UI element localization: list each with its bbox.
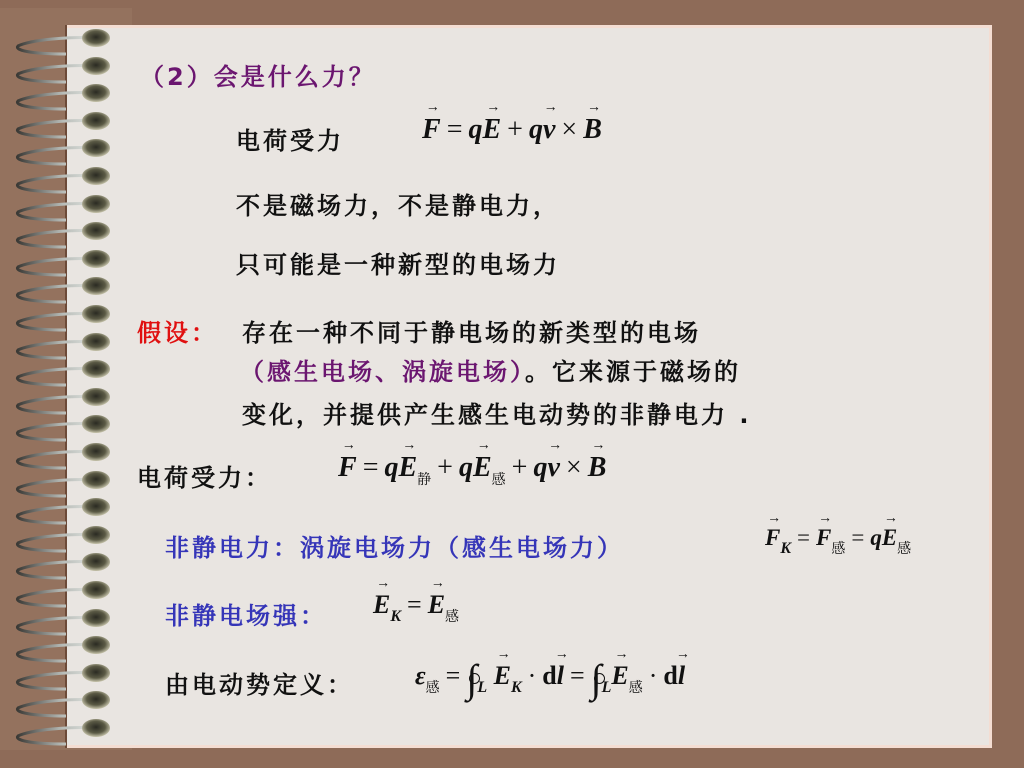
- hypothesis-label: 假设：: [137, 313, 218, 348]
- new-type-text: 只可能是一种新型的电场力: [236, 245, 560, 280]
- emf-formula: ε感=∫L EK·dl=∫LE感·dl: [415, 655, 685, 702]
- velocity-vector: v: [543, 114, 555, 146]
- magnetic-field-vector: B: [583, 114, 602, 146]
- nonstatic-field-label: 非静电场强：: [165, 596, 327, 631]
- spiral-binding-icon: [0, 0, 120, 768]
- induced-field-names: （感生电场、涡旋电场）: [240, 358, 525, 386]
- total-force-label: 电荷受力：: [137, 458, 272, 493]
- not-magnetic-text: 不是磁场力，不是静电力，: [236, 186, 560, 221]
- force-label: 电荷受力: [236, 121, 344, 156]
- epsilon-symbol: ε: [415, 661, 426, 690]
- nonstatic-force-formula: FK=F感=qE感: [765, 525, 911, 558]
- force-vector: F: [422, 114, 441, 146]
- nonstatic-field-formula: EK=E感: [373, 590, 459, 626]
- nonstatic-force-label: 非静电力：涡旋电场力（感生电场力）: [165, 528, 624, 563]
- electric-field-vector: E: [482, 114, 501, 146]
- slide-heading: （2）会是什么力？: [140, 57, 376, 92]
- total-force-formula: F=qE静+qE感+qv×B: [338, 452, 606, 489]
- contour-integral-icon: ∫: [466, 656, 477, 701]
- contour-integral-icon: ∫: [591, 656, 602, 701]
- hypothesis-line-1: 存在一种不同于静电场的新类型的电场: [242, 313, 701, 348]
- hypothesis-line-3: 变化，并提供产生感生电动势的非静电力 .: [242, 395, 751, 430]
- lorentz-force-formula: F=qE+qv×B: [422, 114, 602, 146]
- emf-definition-label: 由电动势定义：: [165, 665, 354, 700]
- hypothesis-line-2: （感生电场、涡旋电场）。它来源于磁场的: [240, 352, 741, 387]
